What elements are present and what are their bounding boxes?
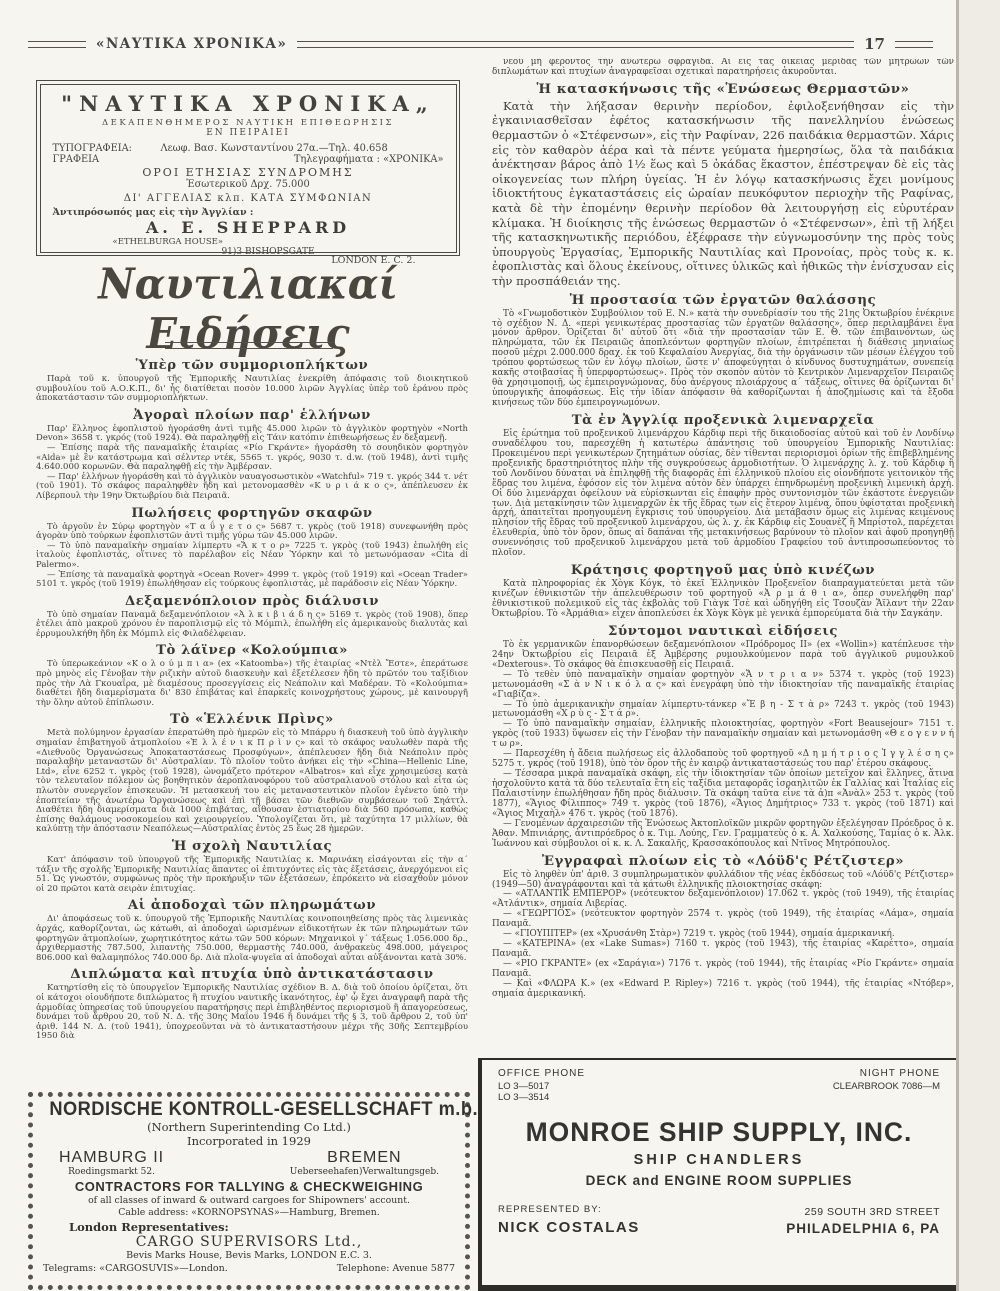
ad-monroe-ship-supply: OFFICE PHONE NIGHT PHONE LO 3—5017 LO 3—… bbox=[478, 1058, 956, 1291]
section-heading: Κράτησις φορτηγοῦ μας ὑπὸ κινέζων bbox=[492, 563, 954, 578]
article-section: Τὰ ἐν Ἀγγλίᾳ προξενικὰ λιμεναρχεῖαΕἰς ἐρ… bbox=[492, 413, 954, 559]
paragraph: Κατὰ πληροφορίας ἐκ Χὸγκ Κόγκ, τὸ ἐκεῖ Ἑ… bbox=[492, 580, 954, 620]
ad-nordische-contractors: CONTRACTORS FOR TALLYING & CHECKWEIGHING bbox=[41, 1179, 457, 1194]
header-rule-right bbox=[895, 41, 933, 48]
section-heading: Αἱ ἀποδοχαὶ τῶν πληρωμάτων bbox=[36, 898, 468, 913]
paragraph: Τὸ ἐκ γερμανικῶν ἐπανορθώσεων δεξαμενόπλ… bbox=[492, 641, 954, 671]
section-heading: Τὸ λάϊνερ «Κολούμπια» bbox=[36, 643, 468, 658]
masthead-subtitle: ΔΕΚΑΠΕΝΘΗΜΕΡΟΣ ΝΑΥΤΙΚΗ ΕΠΙΘΕΩΡΗΣΙΣ bbox=[53, 118, 444, 128]
ad-monroe-street: 259 SOUTH 3RD STREET bbox=[786, 1206, 940, 1218]
ad-nordische-hamburg: HAMBURG II Roedingsmarkt 52. bbox=[59, 1149, 164, 1177]
paragraph: Εἰς τὸ ληφθὲν ὑπ' ἀριθ. 3 συμπληρωματικὸ… bbox=[492, 871, 954, 891]
ad-nordische-classes: of all classes of inward & outward cargo… bbox=[41, 1195, 457, 1206]
page-header: «ΝΑΥΤΙΚΑ ΧΡΟΝΙΚΑ» 17 bbox=[28, 36, 933, 52]
paragraph: Κατ' ἀπόφασιν τοῦ ὑπουργοῦ τῆς Ἐμπορικῆς… bbox=[36, 856, 468, 894]
page-margin bbox=[959, 0, 1000, 1291]
representative-label: Ἀντιπρόσωπός μας εἰς τὴν Ἀγγλίαν : bbox=[53, 207, 444, 218]
paragraph: νέου μὴ φέροντος τὴν ἀνωτέρω σφραγίδα. Α… bbox=[492, 58, 954, 78]
ad-nordische-kontroll: NORDISCHE KONTROLL-GESELLSCHAFT m.b.H. (… bbox=[28, 1092, 470, 1290]
article-section: νέου μὴ φέροντος τὴν ἀνωτέρω σφραγίδα. Α… bbox=[492, 58, 954, 78]
section-heading: Ἡ κατασκήνωσις τῆς «Ἑνώσεως Θερμαστῶν» bbox=[492, 82, 954, 97]
ad-monroe-rep-label: REPRESENTED BY: bbox=[498, 1204, 640, 1215]
paragraph: — Ἐπίσης παρὰ τῆς παναμαϊκῆς ἑταιρίας «Ρ… bbox=[36, 444, 468, 473]
article-section: Σύντομοι ναυτικαὶ εἰδήσειςΤὸ ἐκ γερμανικ… bbox=[492, 624, 954, 850]
ad-nordische-cable: Cable address: «KORNOPSYNAS»—Hamburg, Br… bbox=[41, 1207, 457, 1218]
masthead-box: "ΝΑΥΤΙΚΑ ΧΡΟΝΙΚΑ„ ΔΕΚΑΠΕΝΘΗΜΕΡΟΣ ΝΑΥΤΙΚΗ… bbox=[36, 80, 460, 256]
page-number: 17 bbox=[864, 35, 885, 53]
paragraph: — Τὸ ὑπὸ παναμαϊκὴν σημαίαν, ἑλληνικῆς π… bbox=[492, 720, 954, 750]
masthead-title: "ΝΑΥΤΙΚΑ ΧΡΟΝΙΚΑ„ bbox=[53, 91, 444, 116]
ad-monroe-chandlers: SHIP CHANDLERS bbox=[498, 1152, 940, 1168]
script-title-rule bbox=[165, 342, 333, 349]
article-section: Τὸ λάϊνερ «Κολούμπια»Τὸ ὑπερωκεάνιον «Κ … bbox=[36, 643, 468, 708]
section-heading: Σύντομοι ναυτικαὶ εἰδήσεις bbox=[492, 624, 954, 639]
representative-name: A. E. SHEPPARD bbox=[53, 218, 444, 237]
masthead-label-offices: ΓΡΑΦΕΙΑ bbox=[53, 154, 161, 165]
section-heading: Ἡ προστασία τῶν ἐργατῶν θαλάσσης bbox=[492, 293, 954, 308]
city-bremen-address: Ueberseehafen)Verwaltungsgeb. bbox=[290, 1167, 439, 1177]
section-heading: Ἐγγραφαὶ πλοίων εἰς τὸ «Λόϋδ'ς Ρέτζιστερ… bbox=[492, 854, 954, 869]
ad-nordische-title: NORDISCHE KONTROLL-GESELLSCHAFT m.b.H. bbox=[49, 1099, 448, 1121]
paragraph: — «ΚΑΤΕΡΙΝΑ» (ex «Lake Sumas») 7160 τ. γ… bbox=[492, 940, 954, 960]
night-phone-label: NIGHT PHONE bbox=[860, 1068, 940, 1079]
ad-nordische-london-rep: London Representatives: bbox=[69, 1220, 457, 1234]
paragraph: Παρὰ τοῦ κ. ὑπουργοῦ τῆς Ἐμπορικῆς Ναυτι… bbox=[36, 375, 468, 404]
paragraph: Εἰς ἐρώτημα τοῦ προξενικοῦ λιμενάρχου Κά… bbox=[492, 430, 954, 559]
paragraph: — Τέσσαρα μικρὰ παναμαϊκὰ σκάφη, εἰς τὴν… bbox=[492, 770, 954, 820]
paragraph: — «ΑΤΛΑΝΤΙΚ ΕΜΠΕΡΟΡ» (νεότευκτον δεξαμεν… bbox=[492, 890, 954, 910]
paragraph: — Παρεσχέθη ἡ ἄδεια πωλήσεως εἰς ἀλλοδαπ… bbox=[492, 750, 954, 770]
masthead-label-print: ΤΥΠΟΓΡΑΦΕΙΑ: bbox=[53, 143, 161, 154]
paragraph: Κατηρτίσθη εἰς τὸ ὑπουργεῖον Ἐμπορικῆς Ν… bbox=[36, 984, 468, 1042]
paragraph: — Παρ' ἑλλήνων ἠγοράσθη καὶ τὸ ἀγγλικὸν … bbox=[36, 473, 468, 502]
paragraph: Τὸ ὑπὸ σημαίαν Παναμᾶ δεξαμενόπλοιον «Ἀ … bbox=[36, 611, 468, 640]
section-heading: Τὸ «Ἑλλένικ Πρὶνς» bbox=[36, 712, 468, 727]
office-phone-2: LO 3—3514 bbox=[498, 1092, 549, 1103]
article-section: Ὑπὲρ τῶν συμμοριοπλήκτωνΠαρὰ τοῦ κ. ὑπου… bbox=[36, 358, 468, 404]
masthead-address-block: ΤΥΠΟΓΡΑΦΕΙΑ: ΓΡΑΦΕΙΑ Λεωφ. Βασ. Κωνσταντ… bbox=[53, 143, 444, 165]
section-heading: Ἡ σχολὴ Ναυτιλίας bbox=[36, 839, 468, 854]
paragraph: — Τὸ ὑπὸ παναμαϊκὴν σημαίαν λίμπερτυ «Ἄ … bbox=[36, 542, 468, 571]
header-rule-center bbox=[297, 41, 854, 48]
ad-nordische-telephone: Telephone: Avenue 5877 bbox=[337, 1263, 455, 1274]
section-heading: Τὰ ἐν Ἀγγλίᾳ προξενικὰ λιμεναρχεῖα bbox=[492, 413, 954, 428]
ad-nordische-cargo-supervisors: CARGO SUPERVISORS Ltd., bbox=[41, 1234, 457, 1250]
publication-name: «ΝΑΥΤΙΚΑ ΧΡΟΝΙΚΑ» bbox=[96, 36, 287, 52]
left-column: Ὑπὲρ τῶν συμμοριοπλήκτωνΠαρὰ τοῦ κ. ὑπου… bbox=[36, 354, 468, 1090]
article-section: Ἐγγραφαὶ πλοίων εἰς τὸ «Λόϋδ'ς Ρέτζιστερ… bbox=[492, 854, 954, 1000]
section-heading: Διπλώματα καὶ πτυχία ὑπὸ ἀντικατάστασιν bbox=[36, 967, 468, 982]
article-section: Ἀγοραὶ πλοίων παρ' ἑλλήνωνΠαρ' ἕλληνος ἐ… bbox=[36, 408, 468, 502]
article-section: Διπλώματα καὶ πτυχία ὑπὸ ἀντικατάστασινΚ… bbox=[36, 967, 468, 1042]
paragraph: — Τὸ ὑπὸ ἀμερικανικὴν σημαίαν λίμπερτυ-τ… bbox=[492, 701, 954, 721]
subscription-price: Ἐσωτερικοῦ Δρχ. 75.000 bbox=[53, 179, 444, 190]
paragraph: Δι' ἀποφάσεως τοῦ κ. ὑπουργοῦ τῆς Ἐμπορι… bbox=[36, 915, 468, 963]
article-section: Δεξαμενόπλοιον πρὸς διάλυσινΤὸ ὑπὸ σημαί… bbox=[36, 594, 468, 640]
representative-building: «ETHELBURGA HOUSE» bbox=[113, 237, 444, 247]
masthead-location: ΕΝ ΠΕΙΡΑΙΕΙ bbox=[53, 128, 444, 138]
article-section: Ἡ κατασκήνωσις τῆς «Ἑνώσεως Θερμαστῶν»Κα… bbox=[492, 82, 954, 289]
paragraph: — Καὶ «ΦΛΩΡΑ Κ.» (ex «Edward P. Ripley»)… bbox=[492, 980, 954, 1000]
article-section: Ἡ σχολὴ ΝαυτιλίαςΚατ' ἀπόφασιν τοῦ ὑπουρ… bbox=[36, 839, 468, 894]
article-section: Κράτησις φορτηγοῦ μας ὑπὸ κινέζωνΚατὰ πλ… bbox=[492, 563, 954, 620]
office-phone-label: OFFICE PHONE bbox=[498, 1068, 585, 1079]
ad-nordische-telegrams: Telegrams: «CARGOSUVIS»—London. bbox=[43, 1263, 228, 1274]
article-section: Αἱ ἀποδοχαὶ τῶν πληρωμάτωνΔι' ἀποφάσεως … bbox=[36, 898, 468, 963]
ad-monroe-title: MONROE SHIP SUPPLY, INC. bbox=[502, 1117, 935, 1148]
ad-monroe-rep-name: NICK COSTALAS bbox=[498, 1219, 640, 1236]
city-hamburg-address: Roedingsmarkt 52. bbox=[59, 1167, 164, 1177]
paragraph: Τὸ «Γνωμοδοτικὸν Συμβούλιον τοῦ Ε. Ν.» κ… bbox=[492, 310, 954, 409]
paragraph: — «ΓΕΩΡΓΙΟΣ» (νεότευκτον φορτηγὸν 2574 τ… bbox=[492, 910, 954, 930]
city-bremen: BREMEN bbox=[290, 1149, 439, 1167]
office-phone-1: LO 3—5017 bbox=[498, 1081, 549, 1092]
paragraph: Τὸ ἀργοῦν ἐν Σύρῳ φορτηγὸν «Τ α ΰ γ ε τ … bbox=[36, 523, 468, 542]
paragraph: Μετὰ πολύμηνον ἐργασίαν ἐπερατώθη πρὸ ἡμ… bbox=[36, 729, 468, 835]
paragraph: — «ΡΙΟ ΓΚΡΑΝΤΕ» (ex «Σαράγια») 7176 τ. γ… bbox=[492, 960, 954, 980]
article-section: Ἡ προστασία τῶν ἐργατῶν θαλάσσηςΤὸ «Γνωμ… bbox=[492, 293, 954, 409]
paragraph: — Γενομένων ἀρχαιρεσιῶν τῆς Ἑνώσεως Ἀκτο… bbox=[492, 820, 954, 850]
city-hamburg: HAMBURG II bbox=[59, 1149, 164, 1167]
ad-nordische-cargo-address: Bevis Marks House, Bevis Marks, LONDON E… bbox=[41, 1250, 457, 1261]
ad-monroe-supplies: DECK and ENGINE ROOM SUPPLIES bbox=[498, 1173, 940, 1188]
ad-nordische-incorporated: Incorporated in 1929 bbox=[41, 1134, 457, 1148]
header-rule-left bbox=[28, 41, 86, 48]
paragraph: — Ἐπίσης τὰ παναμαϊκὰ φορτηγὰ «Ocean Rov… bbox=[36, 571, 468, 590]
night-phone-number: CLEARBROOK 7086—M bbox=[833, 1081, 940, 1103]
paragraph: — Τὸ τεθὲν ὑπὸ παναμαϊκὴν σημαίαν φορτηγ… bbox=[492, 671, 954, 701]
ad-monroe-city: PHILADELPHIA 6, PA bbox=[786, 1221, 940, 1236]
advertising-terms: ΔΙ' ΑΓΓΕΛΙΑΣ κλπ. ΚΑΤΑ ΣΥΜΦΩΝΙΑΝ bbox=[53, 193, 444, 204]
section-heading: Δεξαμενόπλοιον πρὸς διάλυσιν bbox=[36, 594, 468, 609]
paragraph: Κατὰ τὴν λήξασαν θερινὴν περίοδον, ἐφιλο… bbox=[492, 99, 954, 289]
section-heading: Ὑπὲρ τῶν συμμοριοπλήκτων bbox=[36, 358, 468, 373]
right-column: νέου μὴ φέροντος τὴν ἀνωτέρω σφραγίδα. Α… bbox=[492, 58, 954, 1054]
article-section: Πωλήσεις φορτηγῶν σκαφῶνΤὸ ἀργοῦν ἐν Σύρ… bbox=[36, 506, 468, 590]
ad-nordische-bremen: BREMEN Ueberseehafen)Verwaltungsgeb. bbox=[290, 1149, 439, 1177]
paragraph: Τὸ ὑπερωκεάνιον «Κ ο λ ο ύ μ π ι α» (ex … bbox=[36, 660, 468, 708]
ad-nordische-subtitle: (Northern Superintending Co Ltd.) bbox=[41, 1120, 457, 1134]
article-section: Τὸ «Ἑλλένικ Πρὶνς»Μετὰ πολύμηνον ἐργασία… bbox=[36, 712, 468, 835]
subscription-terms-title: ΟΡΟΙ ΕΤΗΣΙΑΣ ΣΥΝΔΡΟΜΗΣ bbox=[53, 166, 444, 179]
masthead-telegrams: Τηλεγραφήματα : «ΧΡΟΝΙΚΑ» bbox=[161, 154, 444, 165]
section-heading: Πωλήσεις φορτηγῶν σκαφῶν bbox=[36, 506, 468, 521]
paragraph: Παρ' ἕλληνος ἐφοπλιστοῦ ἠγοράσθη ἀντὶ τι… bbox=[36, 425, 468, 444]
section-heading: Ἀγοραὶ πλοίων παρ' ἑλλήνων bbox=[36, 408, 468, 423]
masthead-print-address: Λεωφ. Βασ. Κωνσταντίνου 27α.—Τηλ. 40.658 bbox=[161, 143, 444, 154]
